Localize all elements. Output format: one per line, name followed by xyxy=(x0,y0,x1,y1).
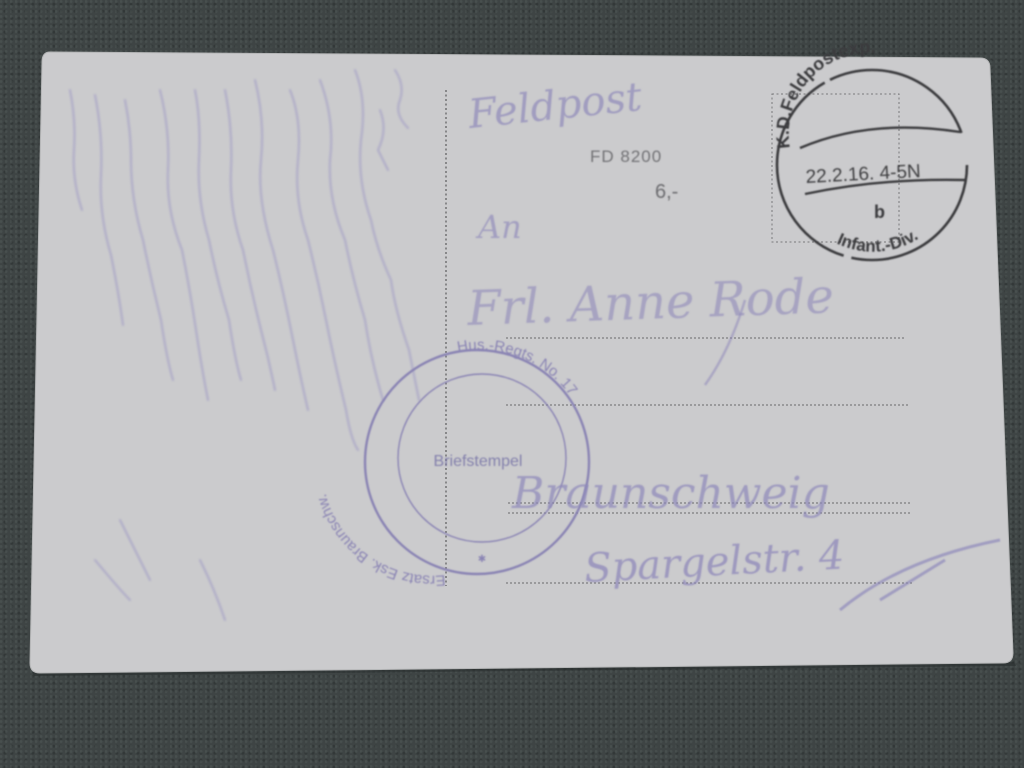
postcard xyxy=(30,52,1016,676)
star-ornament-icon: ✱ xyxy=(478,554,486,565)
unit-stamp-center: Briefstempel xyxy=(434,453,523,470)
card-body xyxy=(30,52,1013,673)
postmark-code: b xyxy=(874,202,885,222)
pencil-reference: FD 8200 xyxy=(590,147,662,166)
recipient-city: Braunschweig xyxy=(511,468,830,519)
pencil-price: 6,- xyxy=(655,181,678,203)
recipient-salutation: An xyxy=(475,208,522,246)
photo-scene: Ersatz Esk. Braunschw. Hus.-Regts. No. 1… xyxy=(0,0,1024,768)
